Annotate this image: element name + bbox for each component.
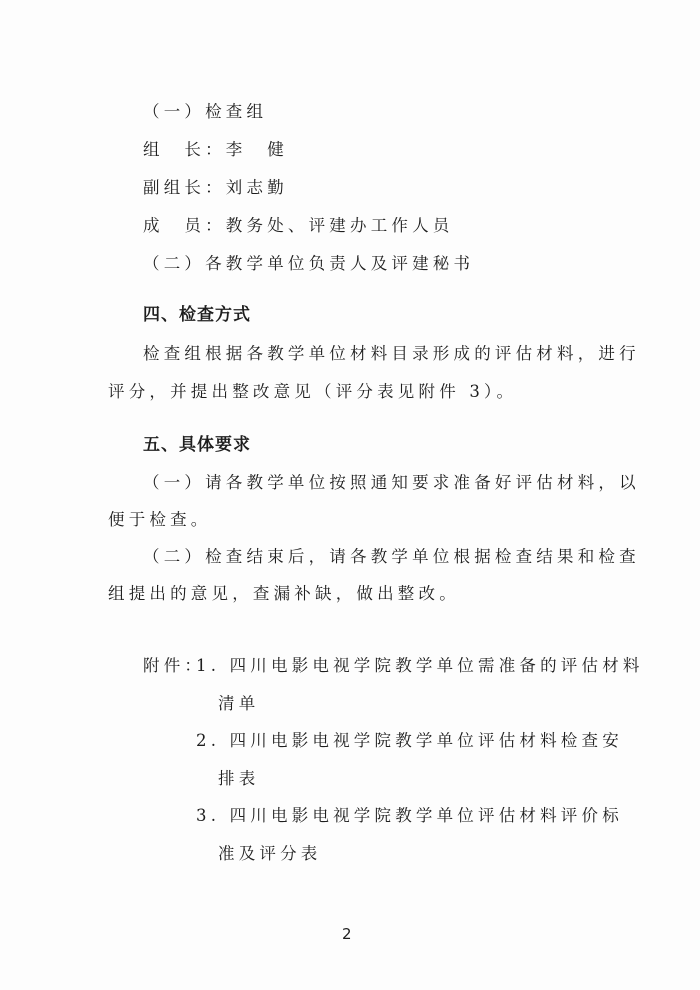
deputy-group-leader: 副组长：刘志勤 — [143, 174, 288, 198]
requirement-1-line2: 便于检查。 — [108, 506, 212, 530]
group-members: 成 员：教务处、评建办工作人员 — [143, 212, 454, 236]
group-leader: 组 长：李 健 — [143, 136, 288, 160]
section-five-heading: 五、具体要求 — [143, 430, 251, 455]
attachment-3-line1: 3. 四川电影电视学院教学单位评估材料评价标 — [196, 802, 623, 826]
page-number: 2 — [342, 925, 352, 943]
requirement-2-line2: 组提出的意见，查漏补缺，做出整改。 — [108, 580, 460, 604]
attachment-1-line2: 清单 — [218, 690, 259, 714]
section-four-paragraph-line2: 评分，并提出整改意见（评分表见附件 3）。 — [108, 378, 517, 402]
section-four-paragraph-line1: 检查组根据各教学单位材料目录形成的评估材料，进行 — [143, 340, 640, 364]
inspection-group-title: （一）检查组 — [143, 98, 267, 122]
attachment-3-line2: 准及评分表 — [218, 840, 322, 864]
attachment-2-line1: 2. 四川电影电视学院教学单位评估材料检查安 — [196, 727, 623, 751]
section-four-heading: 四、检查方式 — [143, 300, 251, 325]
requirement-2-line1: （二）检查结束后，请各教学单位根据检查结果和检查 — [143, 543, 640, 567]
attachment-2-line2: 排表 — [218, 765, 259, 789]
unit-heads: （二）各教学单位负责人及评建秘书 — [143, 250, 474, 274]
document-page: （一）检查组 组 长：李 健 副组长：刘志勤 成 员：教务处、评建办工作人员 （… — [0, 0, 700, 990]
attachment-1-line1: 1. 四川电影电视学院教学单位需准备的评估材料 — [196, 652, 644, 676]
requirement-1-line1: （一）请各教学单位按照通知要求准备好评估材料，以 — [143, 469, 640, 493]
